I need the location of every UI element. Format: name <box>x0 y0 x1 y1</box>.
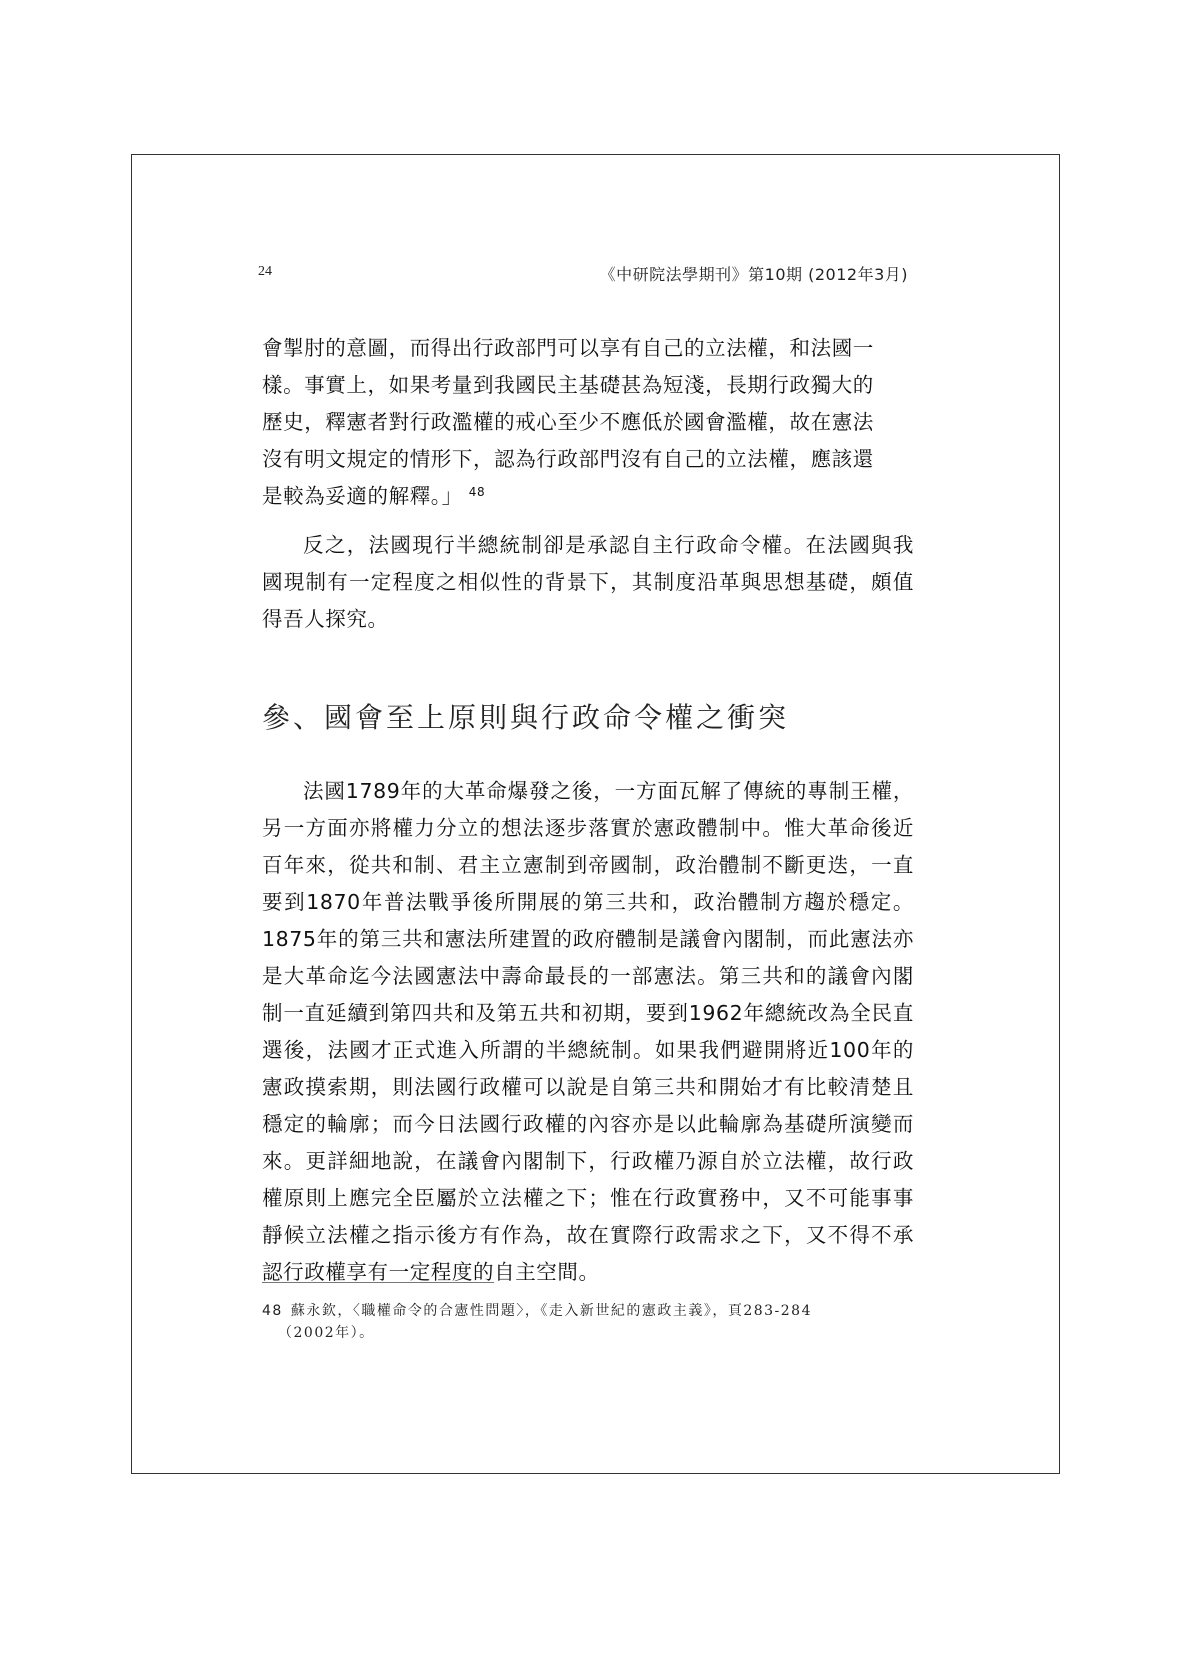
running-header: 24 《中研院法學期刊》第10期 (2012年3月) <box>258 262 908 286</box>
paragraph-french-revolution: 法國1789年的大革命爆發之後，一方面瓦解了傳統的專制王權，另一方面亦將權力分立… <box>262 773 914 1291</box>
text-line: 樣。事實上，如果考量到我國民主基礎甚為短淺，長期行政獨大的 <box>262 367 914 404</box>
footnote-number: 48 <box>262 1303 283 1319</box>
section-heading: 參、國會至上原則與行政命令權之衝突 <box>262 696 789 736</box>
paragraph-text: 反之，法國現行半總統制卻是承認自主行政命令權。在法國與我國現制有一定程度之相似性… <box>262 527 914 638</box>
paragraph-french-semi-presidential: 反之，法國現行半總統制卻是承認自主行政命令權。在法國與我國現制有一定程度之相似性… <box>262 527 914 638</box>
text-line: 會掣肘的意圖，而得出行政部門可以享有自己的立法權，和法國一 <box>262 330 914 367</box>
text-line: 是較為妥適的解釋。」48 <box>262 478 914 515</box>
footnote-48: 48蘇永欽，〈職權命令的合憲性問題〉，《走入新世紀的憲政主義》，頁283-284… <box>262 1300 914 1344</box>
journal-title: 《中研院法學期刊》第10期 (2012年3月) <box>600 262 908 285</box>
footnote-divider <box>262 1282 494 1283</box>
footnote-line: 48蘇永欽，〈職權命令的合憲性問題〉，《走入新世紀的憲政主義》，頁283-284 <box>262 1300 914 1322</box>
paragraph-quote-end: 會掣肘的意圖，而得出行政部門可以享有自己的立法權，和法國一 樣。事實上，如果考量… <box>262 330 914 515</box>
footnote-citation: 蘇永欽，〈職權命令的合憲性問題〉，《走入新世紀的憲政主義》，頁283-284 <box>291 1303 812 1319</box>
footnote-ref[interactable]: 48 <box>469 485 485 499</box>
paragraph-text: 法國1789年的大革命爆發之後，一方面瓦解了傳統的專制王權，另一方面亦將權力分立… <box>262 773 914 1291</box>
text-line: 歷史，釋憲者對行政濫權的戒心至少不應低於國會濫權，故在憲法 <box>262 404 914 441</box>
text-line-end: 是較為妥適的解釋。」 <box>262 484 463 508</box>
page-number: 24 <box>258 264 272 280</box>
footnote-year: （2002年）。 <box>262 1322 914 1344</box>
text-line: 沒有明文規定的情形下，認為行政部門沒有自己的立法權，應該還 <box>262 441 914 478</box>
